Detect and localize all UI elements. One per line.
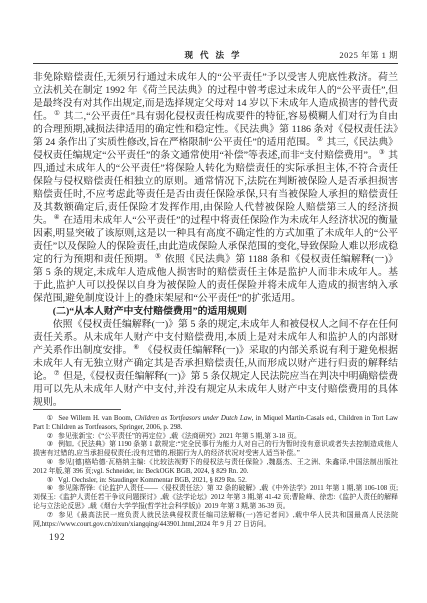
footnote-text: 参见陈帮锋:《论监护人责任——〈侵权责任法〉第 32 条的破解》,载《中外法学》…	[33, 485, 398, 510]
section-heading: (二)“从本人财产中支付赔偿费用”的适用规则	[33, 305, 398, 318]
footnote-marker: ①	[47, 415, 54, 422]
page-header: 现代法学 2025 年第 1 期	[33, 50, 398, 64]
footnote-marker: ④	[47, 459, 53, 466]
article-body: 非免除赔偿责任,无须另行通过未成年人的“公平责任”予以受害人兜底性救济。荷兰立法…	[33, 71, 398, 408]
footnote-text: Vgl. Oechsler, in: Staudinger Kommentar …	[58, 477, 247, 484]
footnote-text: 参见张新宝:《“公平责任”的再定位》,载《法商研究》2021 年第 5 期,第 …	[58, 433, 301, 440]
page-number: 192	[49, 532, 66, 542]
footnote-3: ③例如,《民法典》第 1190 条第 1 款规定:“完全民事行为能力人对自己的行…	[33, 441, 398, 459]
body-paragraph-2: 依照《侵权责任编解释(一)》第 5 条的规定,未成年人和被侵权人之间不存在任何责…	[33, 318, 398, 408]
body-paragraph-1: 非免除赔偿责任,无须另行通过未成年人的“公平责任”予以受害人兜底性救济。荷兰立法…	[33, 71, 398, 305]
footnote-marker: ③	[47, 441, 53, 448]
footnote-4: ④参见[德]格哈德·瓦格纳主编:《比较法视野下的侵权法与责任保险》,魏磊杰、王之…	[33, 459, 398, 477]
footnote-text: 参见《最高法民一庭负责人就民法典侵权责任编司法解释(一)答记者问》,载中华人民共…	[33, 512, 398, 528]
footnote-text: 例如,《民法典》第 1190 条第 1 款规定:“完全民事行为能力人对自己的行为…	[33, 441, 398, 457]
footnote-marker: ②	[47, 433, 53, 440]
footnote-marker: ⑦	[47, 512, 54, 519]
footnote-text: 参见[德]格哈德·瓦格纳主编:《比较法视野下的侵权法与责任保险》,魏磊杰、王之洲…	[33, 459, 398, 475]
footnote-text: See Willem H. van Boom, Children as Tort…	[33, 415, 398, 431]
footnote-marker: ⑥	[47, 485, 53, 492]
journal-page: 现代法学 2025 年第 1 期 非免除赔偿责任,无须另行通过未成年人的“公平责…	[0, 0, 427, 603]
footnote-6: ⑥参见陈帮锋:《论监护人责任——〈侵权责任法〉第 32 条的破解》,载《中外法学…	[33, 485, 398, 511]
footnote-1: ①See Willem H. van Boom, Children as Tor…	[33, 415, 398, 433]
footnote-divider	[33, 409, 121, 410]
footnote-marker: ⑤	[47, 477, 53, 484]
footnotes: ①See Willem H. van Boom, Children as Tor…	[33, 415, 398, 529]
footnote-7: ⑦参见《最高法民一庭负责人就民法典侵权责任编司法解释(一)答记者问》,载中华人民…	[33, 512, 398, 530]
issue-label: 2025 年第 1 期	[339, 50, 398, 61]
